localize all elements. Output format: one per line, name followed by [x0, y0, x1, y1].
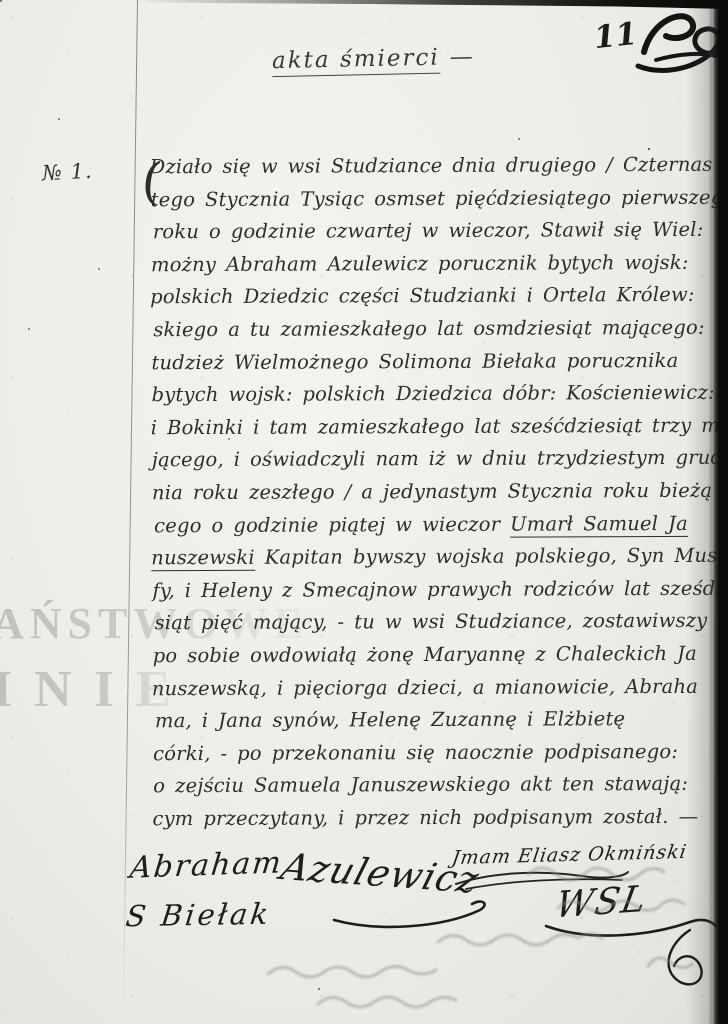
page-title: akta śmierci— — [272, 44, 475, 74]
text-line: córki, - po przekonaniu się naocznie pod… — [153, 735, 719, 770]
record-text-body: Działo się w wsi Studziance dnia drugieg… — [151, 149, 720, 836]
text-line: możny Abraham Azulewicz porucznik bytych… — [151, 247, 717, 282]
text-line: nuszewską, i pięciorga dzieci, a mianowi… — [152, 670, 718, 705]
text-line: bytych wojsk: polskich Dziedzica dóbr: K… — [152, 377, 718, 412]
azulewicz-signature-flourish — [330, 896, 500, 932]
text-line: cym przeczytany, i przez nich podpisanym… — [152, 801, 718, 836]
text-line: skiego a tu zamieszkałego lat osmdziesią… — [153, 312, 719, 347]
title-dash: — — [449, 44, 475, 71]
text-line: tudzież Wielmożnego Solimona Biełaka por… — [151, 344, 717, 379]
signature-witness2: S Biełak — [124, 897, 273, 934]
scan-edge-top — [0, 0, 728, 9]
text-line: nia roku zeszłego / a jedynastym Styczni… — [152, 475, 718, 510]
signature-officiant: Jmam Eliasz Okmiński — [450, 841, 688, 869]
text-line: Działo się w wsi Studziance dnia drugieg… — [150, 149, 716, 184]
text-line: fy, i Heleny z Smecajnow prawych rodzicó… — [152, 572, 718, 607]
dust-specks — [0, 0, 2, 2]
underlined-deceased-name: Umarł Samuel Ja — [510, 511, 688, 537]
text-line: polskich Dziedzic części Studzianki i Or… — [150, 279, 716, 314]
text-segment: Kapitan bywszy wojska polskiego, Syn Mus… — [255, 544, 728, 569]
underlined-deceased-name: nuszewski — [151, 546, 255, 571]
text-line: po sobie owdowiałą żonę Maryannę z Chale… — [153, 638, 719, 673]
scanned-document-page: { "page": { "page_number": "11", "header… — [0, 0, 728, 1024]
signature-initials: WSL — [552, 878, 651, 926]
text-line: roku o godzinie czwartej w wieczor, Staw… — [153, 214, 719, 249]
text-line: tego Stycznia Tysiąc osmset pięćdziesiąt… — [151, 181, 717, 216]
text-line: ma, i Jana synów, Helenę Zuzannę i Elżbi… — [155, 703, 721, 738]
text-line-with-underline: nuszewski Kapitan bywszy wojska polskieg… — [151, 540, 717, 575]
page-title-text: akta śmierci — [272, 45, 440, 78]
text-line: o zejściu Samuela Januszewskiego akt ten… — [153, 768, 719, 803]
text-line: i Bokinki i tam zamieszkałego lat sześćd… — [151, 410, 717, 445]
text-line-with-underline: cego o godzinie piątej w wieczor Umarł S… — [154, 507, 720, 542]
record-number-label: № 1. — [41, 159, 93, 186]
text-segment: cego o godzinie piątej w wieczor — [154, 512, 510, 537]
text-line: jącego, i oświadczyli nam iż w dniu trzy… — [152, 442, 718, 477]
signature-witness1-first: Abraham — [128, 845, 284, 885]
text-line: siąt pięć mający, - tu w wsi Studziance,… — [155, 605, 721, 640]
registrar-paraph-flourish — [626, 4, 728, 86]
